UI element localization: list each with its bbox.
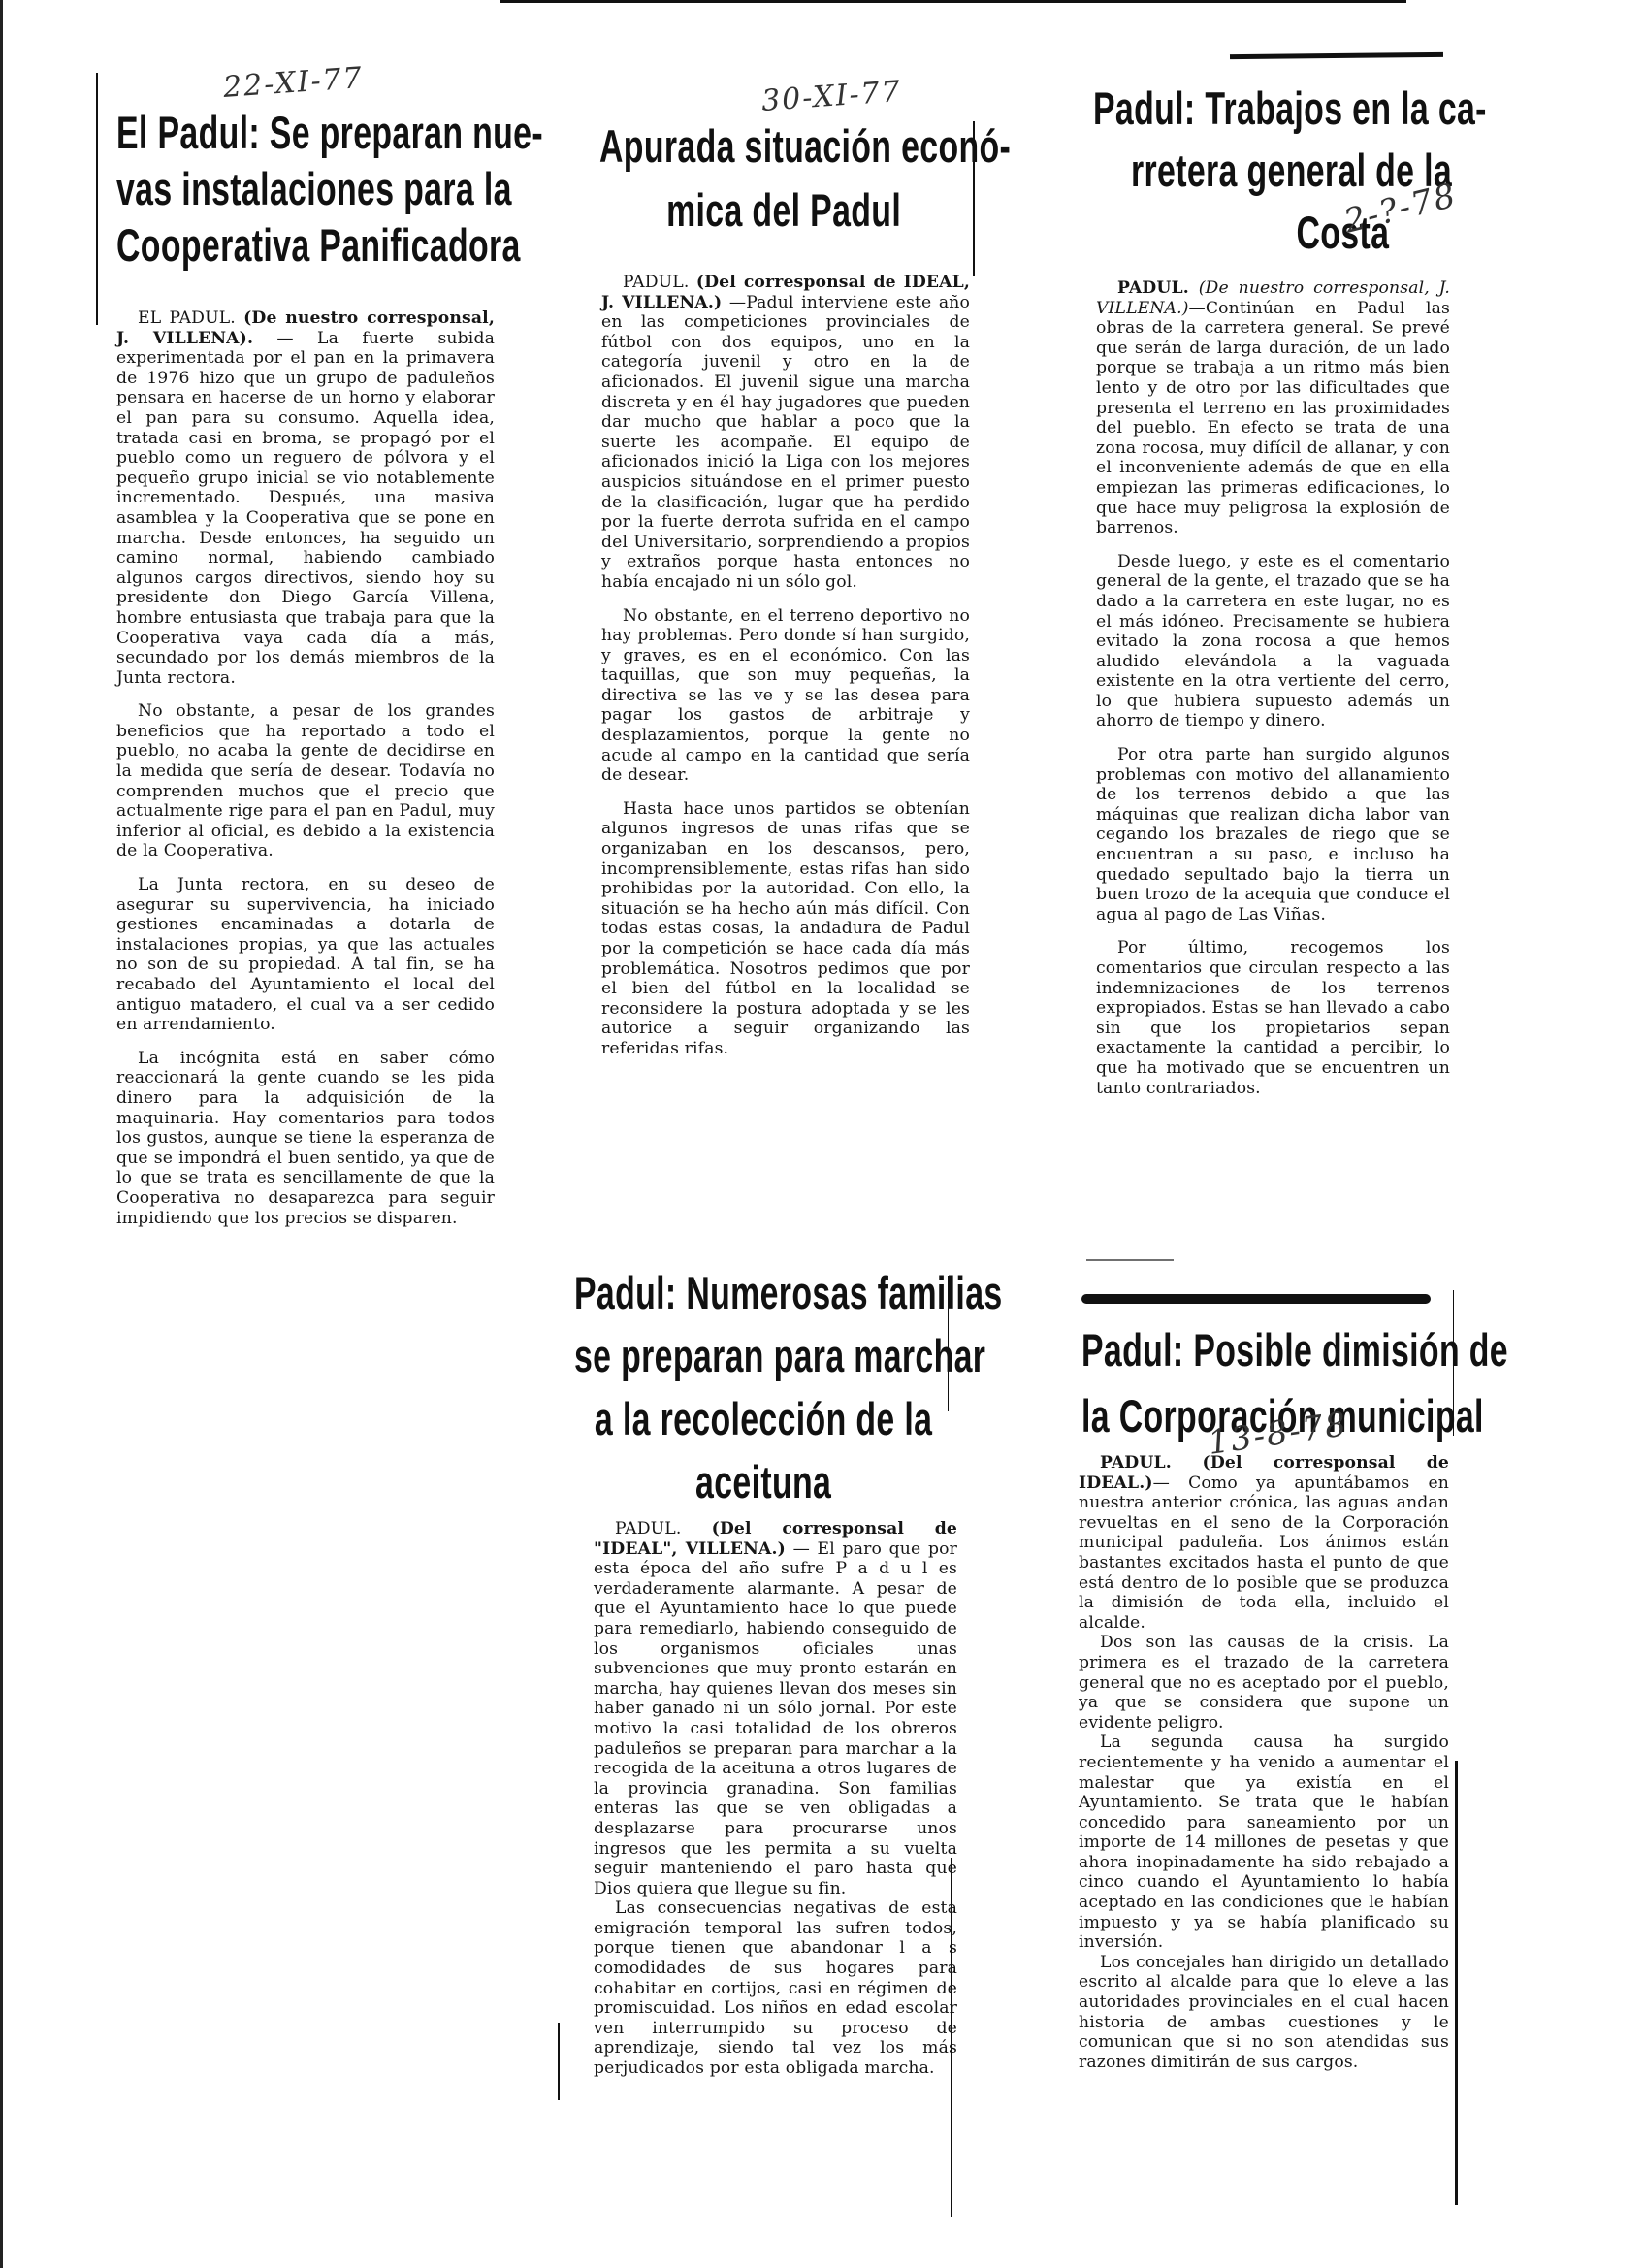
headline-line: mica del Padul — [599, 178, 968, 243]
newspaper-clipping-page: 22-XI-77 El Padul: Se preparan nue- vas … — [0, 0, 1645, 2268]
paragraph: La incógnita está en saber cómo reaccion… — [116, 1049, 495, 1228]
headline-line: se preparan para marchar — [574, 1324, 952, 1387]
article-situacion-economica: Apurada situación econó- mica del Padul — [599, 114, 968, 243]
column-rule — [1455, 1761, 1458, 2205]
headline: Padul: Numerosas familias se preparan pa… — [574, 1261, 952, 1513]
headline-line: a la recolección de la — [574, 1387, 952, 1450]
dateline: PADUL. — [1117, 278, 1189, 298]
dateline: EL PADUL. — [138, 308, 236, 328]
paragraph: Las consecuencias negativas de esta emig… — [594, 1898, 957, 2078]
paragraph: —Continúan en Padul las obras de la carr… — [1096, 299, 1450, 538]
paragraph: — Como ya apuntábamos en nuestra anterio… — [1079, 1474, 1449, 1633]
paragraph: La Junta rectora, en su deseo de asegura… — [116, 875, 495, 1035]
article-body: PADUL. (De nuestro corresponsal, J. VILL… — [1096, 278, 1450, 1112]
column-rule — [558, 2023, 560, 2100]
dateline: PADUL. — [623, 273, 689, 292]
article-separator — [1086, 1259, 1174, 1261]
paragraph: Los concejales han dirigido un detallado… — [1079, 1953, 1449, 2073]
headline-line: Apurada situación econó- — [599, 114, 968, 178]
column-rule — [96, 73, 98, 325]
paragraph: Dos son las causas de la crisis. La prim… — [1079, 1633, 1449, 1733]
headline: El Padul: Se preparan nue- vas instalaci… — [116, 105, 494, 274]
paragraph: — La fuerte subida experimentada por el … — [116, 329, 495, 688]
paragraph: Desde luego, y este es el comentario gen… — [1096, 552, 1450, 731]
paragraph: — El paro que por esta época del año suf… — [594, 1539, 957, 1898]
headline: Padul: Trabajos en la ca- rretera genera… — [1093, 78, 1452, 264]
top-border-rule — [500, 0, 1406, 3]
handwritten-date: 22-XI-77 — [222, 61, 365, 105]
paragraph: Hasta hace unos partidos se obtenían alg… — [601, 799, 970, 1059]
paragraph: La segunda causa ha surgido recientement… — [1079, 1733, 1449, 1953]
paragraph: —Padul interviene este año en las compet… — [601, 293, 970, 592]
article-carretera: Padul: Trabajos en la ca- rretera genera… — [1093, 78, 1452, 264]
scan-left-edge — [0, 0, 3, 2268]
dateline: PADUL. — [615, 1519, 681, 1539]
headline-line: Padul: Numerosas familias — [574, 1261, 952, 1324]
paragraph: Por otra parte han surgido algunos probl… — [1096, 745, 1450, 924]
article-body: EL PADUL. (De nuestro corresponsal, J. V… — [116, 308, 495, 1242]
headline-line: Padul: Trabajos en la ca- — [1093, 78, 1452, 140]
dateline: PADUL. — [1100, 1453, 1172, 1473]
headline: Apurada situación econó- mica del Padul — [599, 114, 968, 243]
article-cooperativa: El Padul: Se preparan nue- vas instalaci… — [116, 105, 495, 274]
headline-line: vas instalaciones para la — [116, 161, 494, 217]
article-separator — [1081, 1294, 1431, 1304]
article-body: PADUL. (Del corresponsal de IDEAL, J. VI… — [601, 273, 970, 1073]
headline-line: El Padul: Se preparan nue- — [116, 105, 494, 161]
handwritten-date: 30-XI-77 — [760, 75, 903, 118]
article-separator — [1230, 52, 1443, 59]
headline-line: Cooperativa Panificadora — [116, 217, 494, 274]
headline-line: aceituna — [574, 1450, 952, 1513]
paragraph: No obstante, en el terreno deportivo no … — [601, 606, 970, 786]
paragraph: Por último, recogemos los comentarios qu… — [1096, 938, 1450, 1098]
article-body: PADUL. (Del corresponsal de IDEAL.)— Com… — [1079, 1453, 1449, 2072]
headline-line: Padul: Posible dimisión de — [1081, 1317, 1452, 1383]
article-body: PADUL. (Del corresponsal de "IDEAL", VIL… — [594, 1519, 957, 2079]
column-rule — [951, 1858, 952, 2217]
article-aceituna: Padul: Numerosas familias se preparan pa… — [574, 1261, 952, 1513]
paragraph: No obstante, a pesar de los grandes bene… — [116, 701, 495, 861]
